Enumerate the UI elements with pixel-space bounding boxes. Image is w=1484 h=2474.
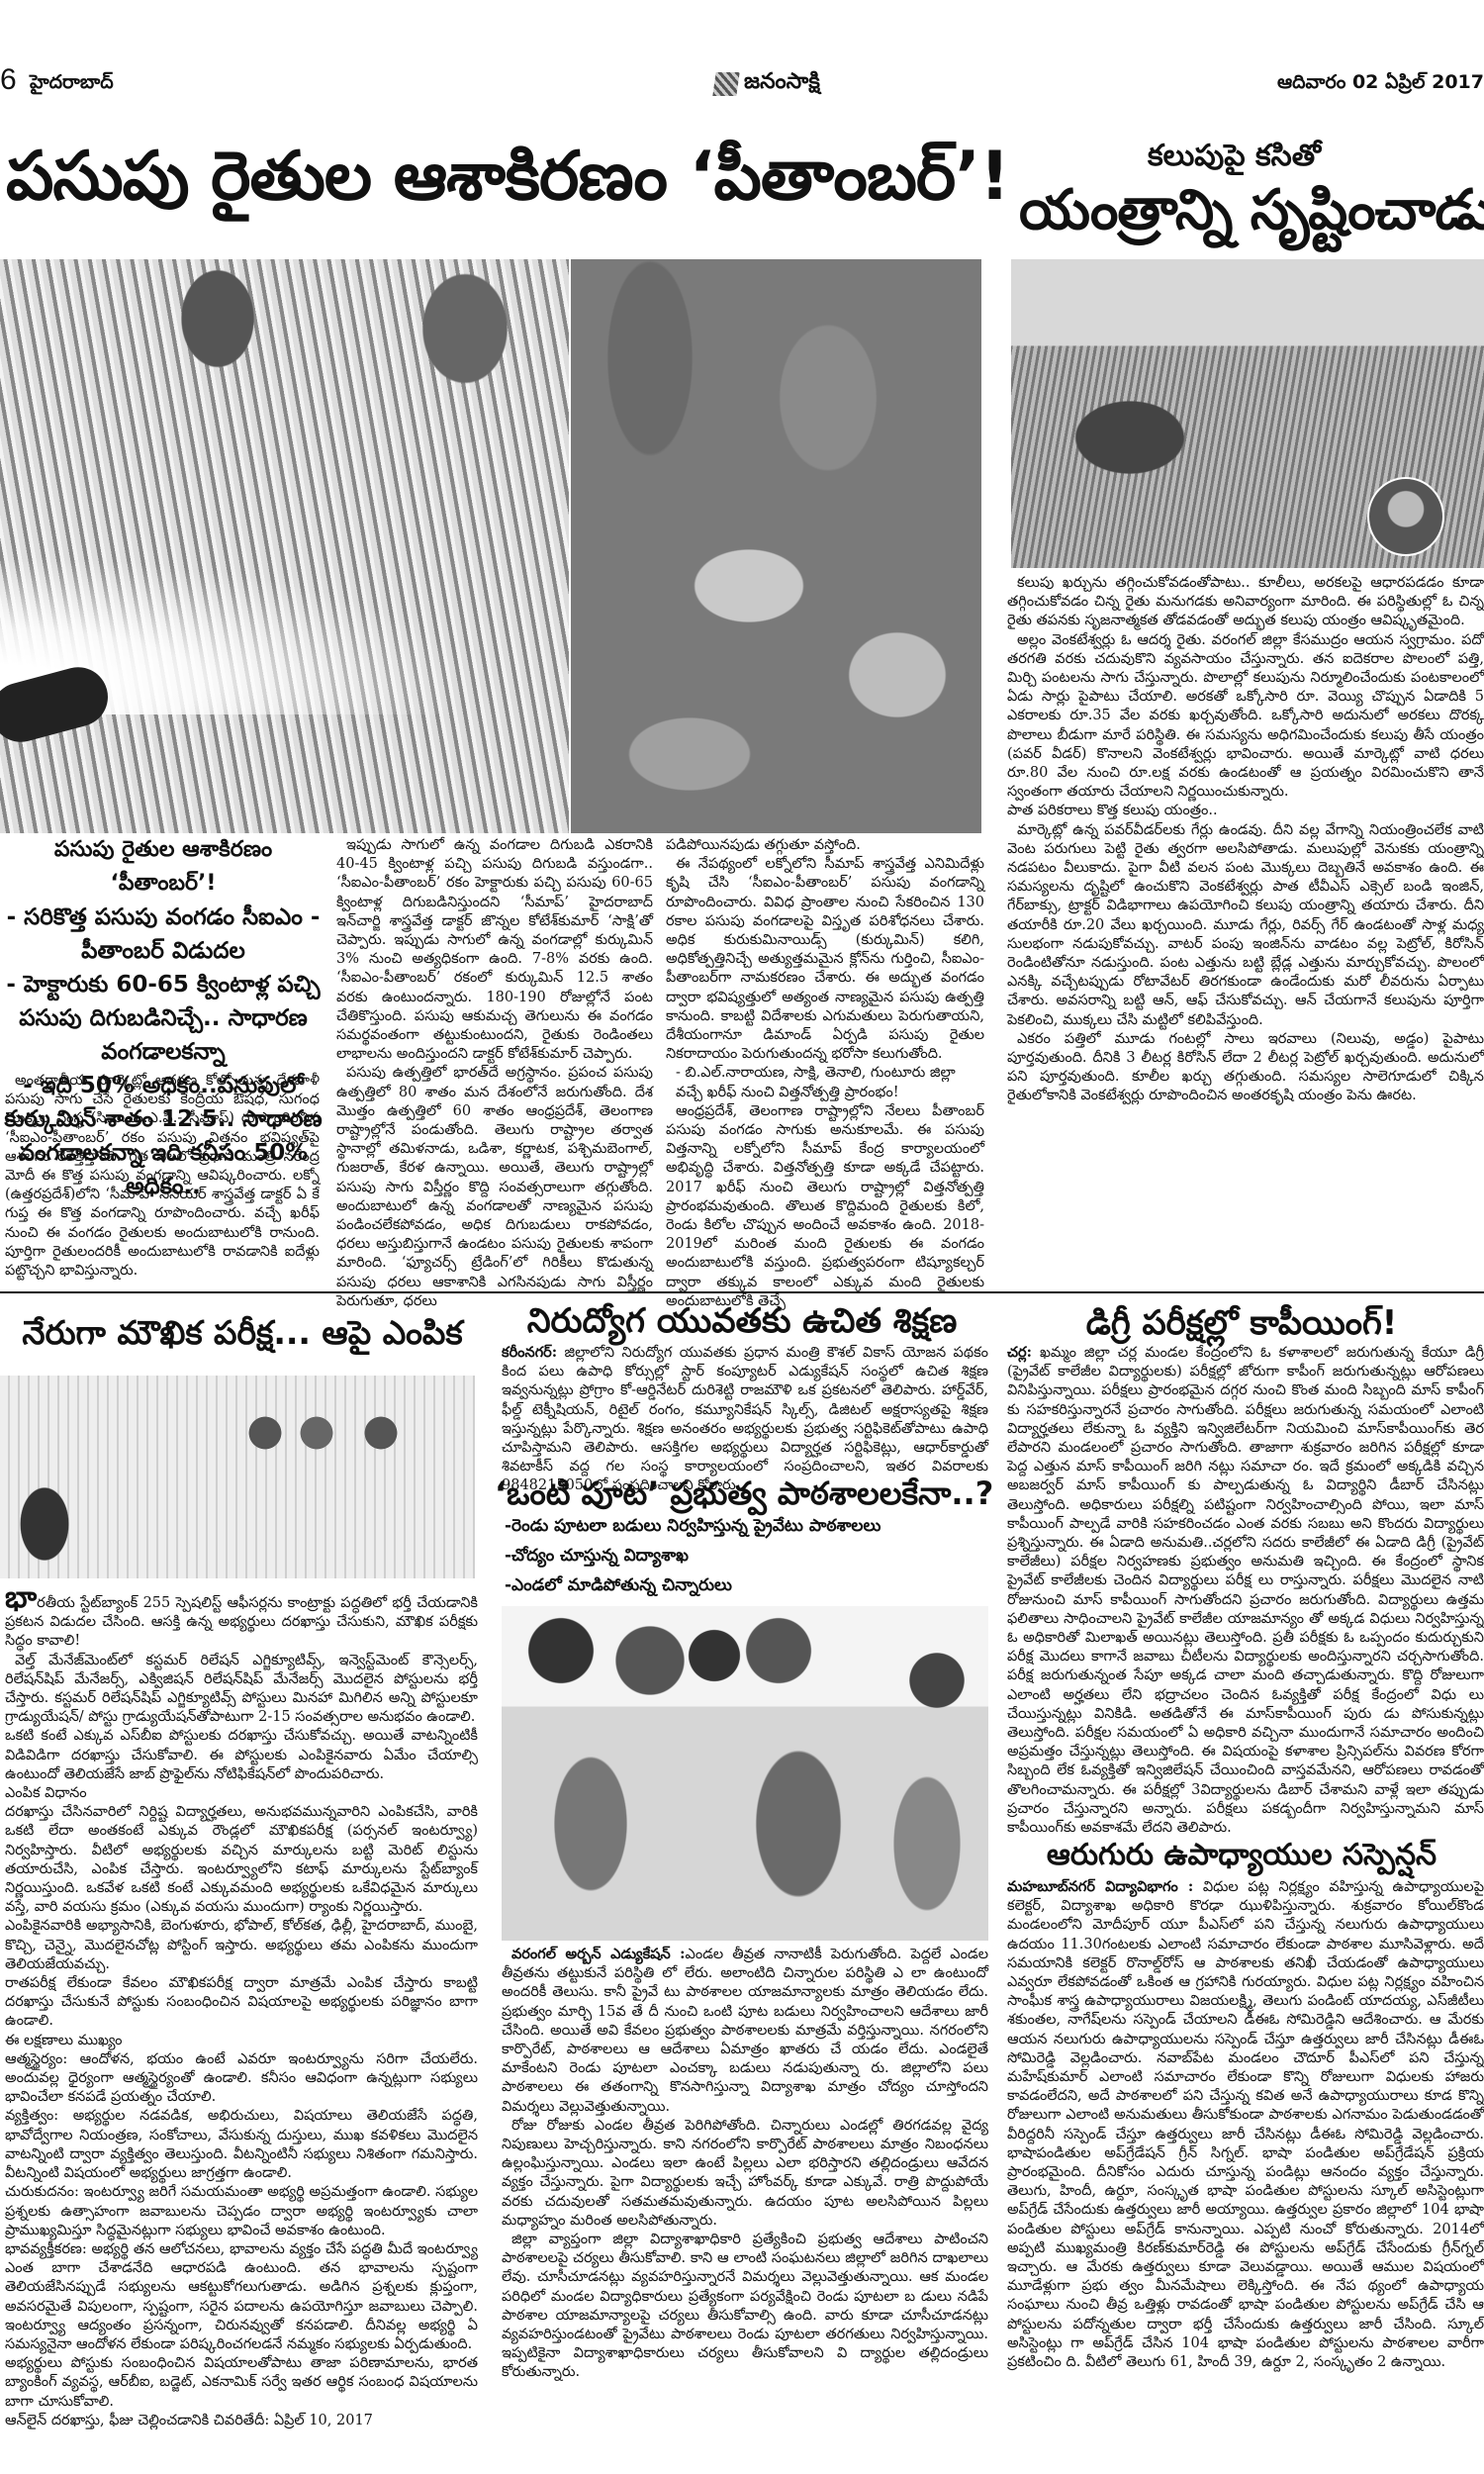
logo-icon: [712, 72, 739, 96]
training-story-headline: నిరుద్యోగ యువతకు ఉచిత శిక్షణ: [495, 1304, 989, 1338]
body-text: విధుల పట్ల నిర్లక్ష్యం వహిస్తున్న ఉపాధ్య…: [1007, 1879, 1484, 2370]
paragraph: కలుపు ఖర్చును తగ్గించుకోవడంతోపాటు.. కూలీ…: [1007, 574, 1484, 631]
paragraph: ఎకరం పత్తిలో మూడు గంటల్లో సాలు ఇరవాలు (న…: [1007, 1030, 1484, 1106]
paragraph: రాతపరీక్ష లేకుండా కేవలం మౌఖికపరీక్ష ద్వా…: [5, 1974, 478, 2032]
drop-cap: భా: [5, 1580, 37, 1615]
weeder-kicker: కలుపుపై కసితో: [1148, 139, 1484, 180]
paragraph: పసుపు ఉత్పత్తిలో భారత్‌దే అగ్రస్థానం. ప్…: [336, 1064, 653, 1311]
section-name: హైదరాబాద్: [30, 71, 114, 98]
dateline: వరంగల్ అర్బన్ ఎడ్యుకేషన్ :: [511, 1946, 686, 1962]
paragraph: కరీంనగర్: జిల్లాలోని నిరుద్యోగ యువతకు ప్…: [502, 1343, 988, 1496]
page-number: 6: [0, 63, 17, 97]
body-text: ఎండల తీవ్రత నానాటికీ పెరుగుతోంది. పెద్దల…: [502, 1947, 988, 2115]
subhead: ఈ లక్షణాలు ముఖ్యం: [5, 2032, 478, 2050]
halfday-story-body: వరంగల్ అర్బన్ ఎడ్యుకేషన్ :ఎండల తీవ్రత నా…: [502, 1945, 988, 2383]
turmeric-field-photo: [0, 259, 569, 833]
deck-line: - హెక్టారుకు 60-65 క్వింటాళ్ల పచ్చి పసుప…: [0, 968, 326, 1069]
paragraph: ఒకటి కంటే ఎక్కువ ఎస్‌బీఐ పోస్టులకు దరఖాస…: [5, 1727, 478, 1784]
lead-paragraph: భారతీయ స్టేట్‌బ్యాంక్ 255 స్పెషలిస్ట్ ఆఫ…: [5, 1588, 478, 1652]
subhead: ఎంపిక విధానం: [5, 1784, 478, 1803]
paragraph: పడిపోయినపుడు తగ్గుతూ వస్తోంది.: [666, 836, 984, 855]
logo-text: జనంసాక్షి: [744, 69, 820, 99]
top-story-headline: పసుపు రైతుల ఆశాకిరణం ‘పీతాంబర్’!: [6, 143, 1009, 211]
paragraph: అంతర్జాతీయ మార్కెట్లో ఆదరణ కోల్పోతున్న ద…: [5, 1072, 320, 1281]
bank-story-body: భారతీయ స్టేట్‌బ్యాంక్ 255 స్పెషలిస్ట్ ఆఫ…: [5, 1588, 478, 2430]
schoolchildren-photo: [502, 1606, 988, 1941]
training-story-body: కరీంనగర్: జిల్లాలోని నిరుద్యోగ యువతకు ప్…: [502, 1343, 988, 1496]
point: -ఎండలో మాడిపోతున్న చిన్నారులు: [505, 1570, 989, 1600]
issue-date: ఆదివారం 02 ఏప్రిల్ 2017: [1277, 71, 1484, 98]
paragraph: ఇప్పుడు సాగులో ఉన్న వంగడాల దిగుబడి ఎకరాన…: [336, 836, 653, 1064]
dateline: చర్ల:: [1007, 1344, 1032, 1361]
weeder-headline: యంత్రాన్ని సృష్టించాడు!: [1019, 183, 1484, 238]
paragraph: ఆంధ్రప్రదేశ్, తెలంగాణ రాష్ట్రాల్లోని నేల…: [666, 1102, 984, 1311]
lead-text: రతీయ స్టేట్‌బ్యాంక్ 255 స్పెషలిస్ట్ ఆఫీస…: [5, 1595, 478, 1649]
bank-office-photo: [0, 1376, 475, 1578]
paragraph: వెల్త్ మేనేజ్‌మెంట్‌లో కస్టమర్ రిలేషన్ ఎ…: [5, 1652, 478, 1728]
paragraph: వరంగల్ అర్బన్ ఎడ్యుకేషన్ :ఎండల తీవ్రత నా…: [502, 1945, 988, 2117]
suspension-story-body: మహబూబ్‌నగర్ విద్యావిభాగం : విధుల పట్ల ని…: [1007, 1877, 1484, 2372]
paragraph: చురుకుదనం: ఇంటర్వ్యూ జరిగే సమయమంతా అభ్యర…: [5, 2183, 478, 2240]
paragraph: ఎంపికైనవారికి అభ్యాసానికి, బెంగుళూరు, భో…: [5, 1917, 478, 1974]
copying-story-headline: డిగ్రీ పరీక్షల్లో కాపీయింగ్!: [999, 1306, 1484, 1340]
paragraph: చర్ల: ఖమ్మం జిల్లా చర్ల మండల కేంద్రంలోని…: [1007, 1343, 1484, 1838]
deck-line: - సరికొత్త పసుపు వంగడం సీఐఎం - పీతాంబర్ …: [0, 901, 326, 968]
paragraph: అభ్యర్థులు పోస్టుకు సంబంధించిన విషయాలతోప…: [5, 2354, 478, 2412]
top-story-col2: ఇప్పుడు సాగులో ఉన్న వంగడాల దిగుబడి ఎకరాన…: [336, 836, 653, 1311]
weeder-machine-photo: [1011, 259, 1484, 568]
masthead: 6 హైదరాబాద్ జనంసాక్షి ఆదివారం 02 ఏప్రిల్…: [0, 59, 1484, 99]
newspaper-logo: జనంసాక్షి: [714, 69, 820, 99]
paragraph: మహబూబ్‌నగర్ విద్యావిభాగం : విధుల పట్ల ని…: [1007, 1877, 1484, 2372]
dateline: కరీంనగర్:: [502, 1344, 557, 1361]
deck-line: పసుపు రైతుల ఆశాకిరణం ‘పీతాంబర్’!: [0, 833, 326, 901]
dateline: మహబూబ్‌నగర్ విద్యావిభాగం :: [1007, 1878, 1193, 1895]
body-text: జిల్లాలోని నిరుద్యోగ యువతకు ప్రధాన మంత్ర…: [502, 1345, 988, 1493]
farmer-portrait-inset: [1367, 477, 1444, 556]
weeder-story-body: కలుపు ఖర్చును తగ్గించుకోవడంతోపాటు.. కూలీ…: [1007, 574, 1484, 1106]
point: -చోద్యం చూస్తున్న విద్యాశాఖ: [505, 1541, 989, 1570]
section-divider: [0, 1291, 1484, 1293]
paragraph: మార్కెట్లో ఉన్న పవర్‌వీడర్‌లకు గేర్లు ఉం…: [1007, 821, 1484, 1030]
paragraph: దరఖాస్తు చేసినవారిలో నిర్దిష్ట విద్యార్హ…: [5, 1803, 478, 1917]
top-story-col3: పడిపోయినపుడు తగ్గుతూ వస్తోంది. ఈ నేపథ్యం…: [666, 836, 984, 1311]
suspension-story-headline: ఆరుగురు ఉపాధ్యాయుల సస్పెన్షన్: [999, 1841, 1484, 1870]
subhead: పాత పరికరాలు కొత్త కలుపు యంత్రం..: [1007, 802, 1484, 820]
halfday-story-headline: ‘ఒంటి పూట’ ప్రభుత్వ పాఠశాలలకేనా..?: [495, 1477, 989, 1509]
body-text: ఖమ్మం జిల్లా చర్ల మండల కేంద్రంలోని ఓ కళా…: [1007, 1345, 1484, 1836]
paragraph: రోజు రోజుకు ఎండల తీవ్రత పెరిగిపోతోంది. చ…: [502, 2117, 988, 2231]
weeder-kicker-text: కలుపుపై కసితో: [1148, 139, 1321, 173]
paragraph: ఈ నేపథ్యంలో లక్నోలోని సీమాప్ శాస్త్రవేత్…: [666, 855, 984, 1064]
turmeric-roots-photo: [571, 259, 981, 833]
paragraph: భావవ్యక్తీకరణ: అభ్యర్థి తన ఆలోచనలు, భావా…: [5, 2240, 478, 2354]
paragraph: జిల్లా వ్యాప్తంగా జిల్లా విద్యాశాఖాధికార…: [502, 2231, 988, 2383]
halfday-points: -రెండు పూటలా బడులు నిర్వహిస్తున్న ప్రైవే…: [505, 1511, 989, 1600]
byline: - బి.ఎల్.నారాయణ, సాక్షి, తెనాలి, గుంటూరు…: [666, 1064, 984, 1083]
paragraph: ఆత్మస్థైర్యం: ఆందోళన, భయం ఉంటే ఎవరూ ఇంటర…: [5, 2050, 478, 2108]
bank-story-headline: నేరుగా మౌఖిక పరీక్ష... ఆపై ఎంపిక: [10, 1316, 475, 1349]
deadline: ఆన్‌లైన్ దరఖాస్తు, ఫీజు చెల్లించడానికి చ…: [5, 2412, 478, 2430]
subhead: వచ్చే ఖరీఫ్ నుంచి విత్తనోత్పత్తి ప్రారంభ…: [666, 1084, 984, 1102]
copying-story-body: చర్ల: ఖమ్మం జిల్లా చర్ల మండల కేంద్రంలోని…: [1007, 1343, 1484, 1838]
paragraph: వ్యక్తిత్వం: అభ్యర్థుల నడవడిక, అభిరుచులు…: [5, 2107, 478, 2183]
point: -రెండు పూటలా బడులు నిర్వహిస్తున్న ప్రైవే…: [505, 1511, 989, 1541]
top-story-col1: అంతర్జాతీయ మార్కెట్లో ఆదరణ కోల్పోతున్న ద…: [5, 1072, 320, 1281]
paragraph: అల్లం వెంకటేశ్వర్లు ఓ ఆదర్శ రైతు. వరంగల్…: [1007, 631, 1484, 803]
